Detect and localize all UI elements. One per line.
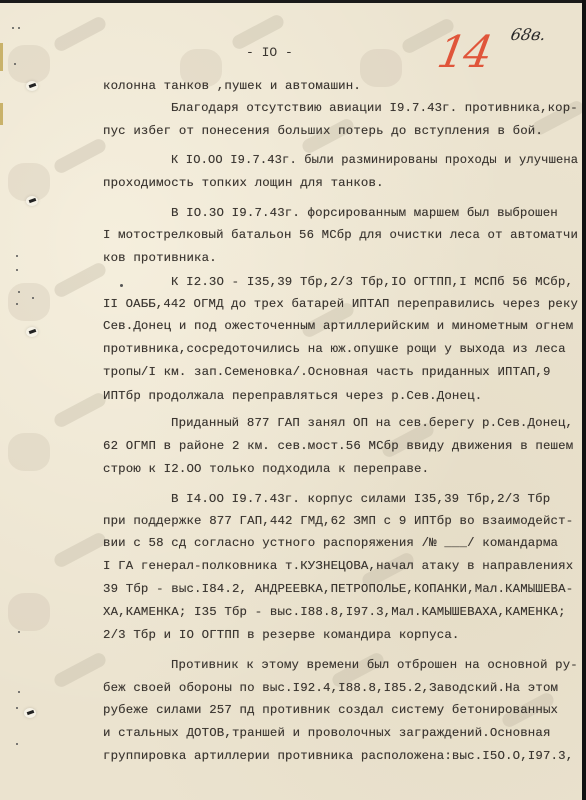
typed-line: колонна танков ,пушек и автомашин. xyxy=(103,79,361,93)
archive-emblem xyxy=(8,283,50,321)
margin-mark xyxy=(16,269,18,271)
typed-line: К I2.3O - I35,39 Тбр,2/3 Тбр,IO ОГТПП,I … xyxy=(171,275,573,289)
typed-line: 62 ОГМП в районе 2 км. сев.мост.56 МСбр … xyxy=(103,439,573,453)
punch-hole xyxy=(26,196,38,206)
archive-watermark xyxy=(52,15,108,54)
margin-mark xyxy=(18,631,20,633)
typed-line: II ОАББ,442 ОГМД до трех батарей ИПТАП п… xyxy=(103,297,578,311)
margin-mark xyxy=(12,27,14,29)
punch-hole xyxy=(26,81,38,91)
typed-line: ков противника. xyxy=(103,251,217,265)
archive-emblem xyxy=(360,49,402,87)
typed-line: 2/3 Тбр и IO ОГТПП в резерве командира к… xyxy=(103,628,460,642)
document-page: - IO - 14 68в. колонна танков ,пушек и а… xyxy=(0,3,582,800)
typed-line: тропы/I км. зап.Семеновка/.Основная част… xyxy=(103,365,551,379)
archive-watermark xyxy=(52,261,108,300)
archive-emblem xyxy=(8,593,50,631)
typed-line: строю к I2.OO только подходила к перепра… xyxy=(103,462,429,476)
left-edge-tab xyxy=(0,43,3,71)
typed-line: Сев.Донец и под ожесточенным артиллерийс… xyxy=(103,319,573,333)
margin-mark xyxy=(18,27,20,29)
typed-line: при поддержке 877 ГАП,442 ГМД,62 ЗМП с 9… xyxy=(103,514,573,528)
typed-line: I мотострелковый батальон 56 МСбр для оч… xyxy=(103,228,578,242)
typed-line: беж своей обороны по выс.I92.4,I88.8,I85… xyxy=(103,681,558,695)
margin-mark xyxy=(18,291,20,293)
typed-line: К IO.OO I9.7.43г. были разминированы про… xyxy=(171,153,578,167)
typed-line: Противник к этому времени был отброшен н… xyxy=(171,658,578,672)
margin-mark xyxy=(16,255,18,257)
page-number: - IO - xyxy=(246,45,293,60)
punch-hole xyxy=(26,327,38,337)
typed-line: ИПТбр продолжала переправляться через р.… xyxy=(103,389,482,403)
typed-line: рубеже силами 257 пд противник создал си… xyxy=(103,703,558,717)
typed-line: группировка артиллерии противника распол… xyxy=(103,749,573,763)
archive-emblem xyxy=(8,433,50,471)
margin-mark xyxy=(32,297,34,299)
archive-watermark xyxy=(52,651,108,690)
typed-line: I ГА генерал-полковника т.КУЗНЕЦОВА,нача… xyxy=(103,559,573,573)
scan-edge xyxy=(582,0,586,800)
archive-watermark xyxy=(52,137,108,176)
red-handwritten-number: 14 xyxy=(434,27,495,78)
typed-line: вии с 58 сд согласно устного распоряжени… xyxy=(103,536,558,550)
typed-line: В IO.3O I9.7.43г. форсированным маршем б… xyxy=(171,206,558,220)
margin-mark xyxy=(18,691,20,693)
typed-line: Приданный 877 ГАП занял ОП на сев.берегу… xyxy=(171,416,573,430)
left-edge-tab xyxy=(0,103,3,125)
margin-bullet xyxy=(120,284,123,287)
typed-line: проходимость топких лощин для танков. xyxy=(103,176,384,190)
archive-watermark xyxy=(52,391,108,430)
handwritten-folio-number: 68в. xyxy=(509,25,548,44)
margin-mark xyxy=(16,303,18,305)
punch-hole xyxy=(24,708,36,718)
typed-line: ХА,КАМЕНКА; I35 Тбр - выс.I88.8,I97.3,Ма… xyxy=(103,605,566,619)
typed-line: 39 Тбр - выс.I84.2, АНДРЕЕВКА,ПЕТРОПОЛЬЕ… xyxy=(103,582,573,596)
typed-line: пус избег от понесения больших потерь до… xyxy=(103,124,543,138)
typed-line: противника,сосредоточились на юж.опушке … xyxy=(103,342,566,356)
margin-mark xyxy=(14,63,16,65)
margin-mark xyxy=(16,707,18,709)
typed-line: В I4.OO I9.7.43г. корпус силами I35,39 Т… xyxy=(171,492,550,506)
typed-line: и стальных ДОТОВ,траншей и проволочных з… xyxy=(103,726,551,740)
margin-mark xyxy=(16,743,18,745)
archive-watermark xyxy=(52,531,108,570)
typed-line: Благодаря отсутствию авиации I9.7.43г. п… xyxy=(171,101,578,115)
